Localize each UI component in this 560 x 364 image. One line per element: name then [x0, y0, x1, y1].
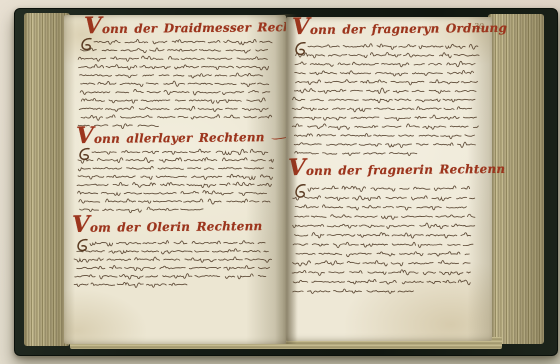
- handwritten-text-block: [76, 147, 274, 213]
- page-edges-right: [488, 14, 544, 344]
- handwritten-text-block: [292, 183, 476, 295]
- left-page: Vonn der Draidmesser Rechtenn Vonn aller…: [64, 15, 286, 344]
- section-heading: Vom der Olerin Rechtenn: [72, 216, 263, 235]
- handwritten-text-block: [292, 41, 480, 157]
- right-page: 30 Vonn der fragneryn Ordnung Vonn der f…: [286, 17, 492, 341]
- photo-open-manuscript-book: Vonn der Draidmesser Rechtenn Vonn aller…: [0, 0, 560, 364]
- handwritten-text-block: [78, 37, 274, 129]
- section-heading: Vonn der fragnerin Rechtenn: [288, 159, 505, 178]
- section-heading: Vonn der fragneryn Ordnung: [292, 18, 507, 37]
- section-heading: Vonn allerlayer Rechtenn: [76, 127, 293, 146]
- handwritten-text-block: [74, 238, 272, 288]
